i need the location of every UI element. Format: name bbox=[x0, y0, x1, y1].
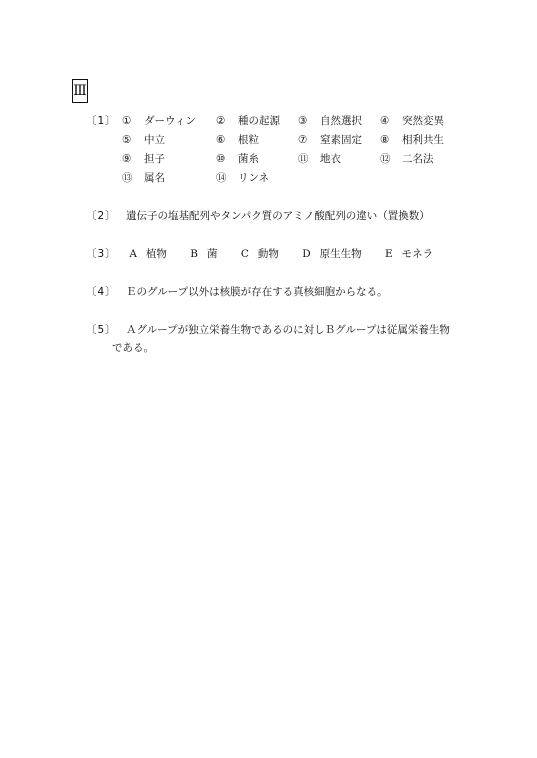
question-3: 〔3〕 A植物 B菌 C動物 D原生生物 Eモネラ bbox=[86, 246, 453, 261]
question-5: 〔5〕Ａグループが独立栄養生物であるのに対しＢグループは従属栄養生物 bbox=[86, 322, 450, 337]
answer-item: ③自然選択 bbox=[298, 113, 362, 128]
question-1-label: 〔1〕 bbox=[86, 113, 126, 128]
option-d: D原生生物 bbox=[302, 246, 361, 261]
section-number: Ⅲ bbox=[73, 84, 87, 98]
section-number-box: Ⅲ bbox=[72, 79, 88, 103]
question-2: 〔2〕遺伝子の塩基配列やタンパク質のアミノ酸配列の違い（置換数） bbox=[86, 208, 430, 223]
answer-item: ④突然変異 bbox=[380, 113, 444, 128]
question-4-answer: Ｅのグループ以外は核膜が存在する真核細胞からなる。 bbox=[126, 286, 388, 298]
answer-item: ①ダーウィン bbox=[122, 113, 196, 128]
question-5-answer-line2: である。 bbox=[112, 340, 154, 355]
answer-item: ⑪地衣 bbox=[298, 151, 341, 166]
question-4-label: 〔4〕 bbox=[86, 284, 126, 299]
question-2-answer: 遺伝子の塩基配列やタンパク質のアミノ酸配列の違い（置換数） bbox=[126, 210, 430, 222]
option-a: A植物 bbox=[129, 246, 167, 261]
answer-item: ⑭リンネ bbox=[216, 170, 269, 185]
question-2-label: 〔2〕 bbox=[86, 208, 126, 223]
answer-item: ⑥根粒 bbox=[216, 132, 259, 147]
option-b: B菌 bbox=[190, 246, 217, 261]
question-3-label: 〔3〕 bbox=[86, 246, 126, 261]
answer-item: ⑫二名法 bbox=[380, 151, 434, 166]
answer-item: ⑧相利共生 bbox=[380, 132, 444, 147]
question-4: 〔4〕Ｅのグループ以外は核膜が存在する真核細胞からなる。 bbox=[86, 284, 388, 299]
question-5-label: 〔5〕 bbox=[86, 322, 126, 337]
answer-item: ⑤中立 bbox=[122, 132, 165, 147]
option-c: C動物 bbox=[241, 246, 279, 261]
option-e: Eモネラ bbox=[385, 246, 433, 261]
answer-item: ⑬属名 bbox=[122, 170, 165, 185]
answer-item: ⑦窒素固定 bbox=[298, 132, 362, 147]
answer-item: ⑩菌糸 bbox=[216, 151, 259, 166]
answer-item: ⑨担子 bbox=[122, 151, 165, 166]
question-5-answer-line1: Ａグループが独立栄養生物であるのに対しＢグループは従属栄養生物 bbox=[126, 324, 450, 336]
answer-item: ②種の起源 bbox=[216, 113, 280, 128]
